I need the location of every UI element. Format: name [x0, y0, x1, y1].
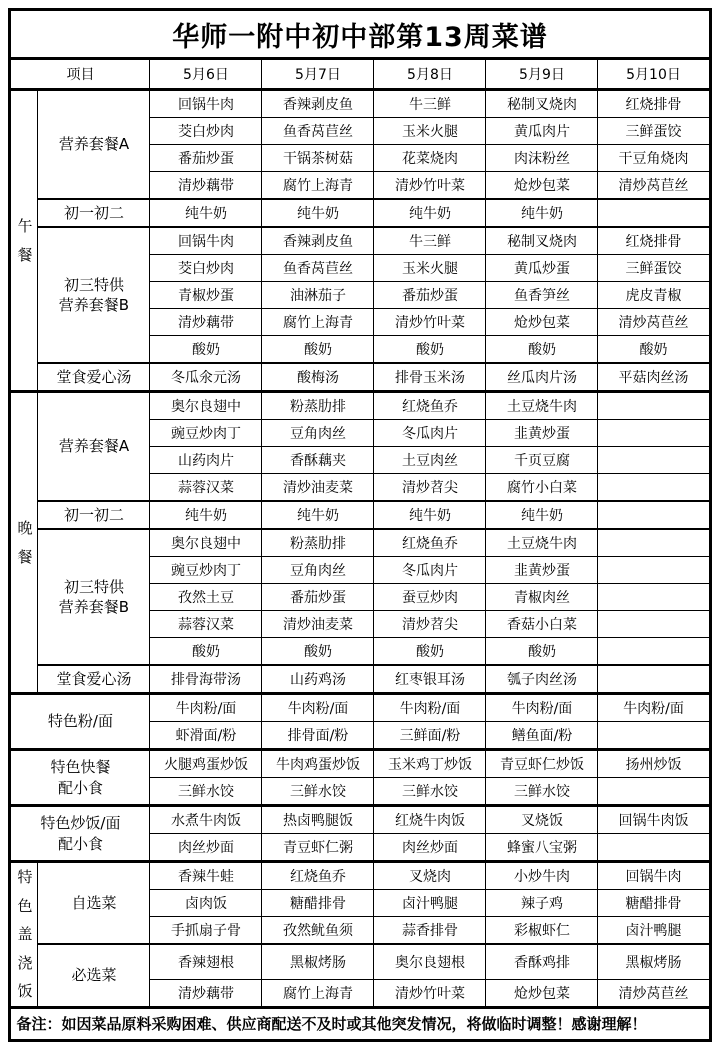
menu-item-cell	[598, 778, 710, 806]
menu-item-cell: 清炒竹叶菜	[374, 979, 486, 1007]
menu-item-cell: 韭黄炒蛋	[486, 557, 598, 584]
menu-item-cell: 冬瓜肉片	[374, 420, 486, 447]
menu-item-cell: 回锅牛肉	[598, 862, 710, 890]
column-header-item: 项目	[10, 59, 150, 90]
menu-item-cell: 三鲜蛋饺	[598, 255, 710, 282]
menu-item-cell: 清炒莴苣丝	[598, 172, 710, 200]
menu-item-cell: 腐竹小白菜	[486, 474, 598, 502]
menu-item-cell: 蜂蜜八宝粥	[486, 834, 598, 862]
section-side-label: 晚餐	[10, 392, 38, 694]
section-side-label: 午餐	[10, 90, 38, 392]
menu-item-cell: 排骨面/粉	[262, 722, 374, 750]
menu-item-cell: 韭黄炒蛋	[486, 420, 598, 447]
menu-item-cell: 小炒牛肉	[486, 862, 598, 890]
menu-item-cell: 纯牛奶	[486, 501, 598, 529]
menu-item-cell: 酸奶	[598, 336, 710, 364]
menu-item-cell: 清炒藕带	[150, 172, 262, 200]
menu-item-cell: 三鲜水饺	[486, 778, 598, 806]
menu-item-cell: 粉蒸肋排	[262, 392, 374, 420]
menu-item-cell	[598, 834, 710, 862]
date-header: 5月6日	[150, 59, 262, 90]
menu-item-cell: 香菇小白菜	[486, 611, 598, 638]
group-label: 堂食爱心汤	[38, 665, 150, 694]
menu-item-cell: 牛三鲜	[374, 227, 486, 255]
menu-item-cell: 叉烧肉	[374, 862, 486, 890]
menu-item-cell: 蒜蓉汉菜	[150, 474, 262, 502]
menu-item-cell: 黑椒烤肠	[262, 944, 374, 979]
menu-item-cell: 三鲜水饺	[374, 778, 486, 806]
menu-item-cell: 干锅茶树菇	[262, 145, 374, 172]
menu-item-cell: 红枣银耳汤	[374, 665, 486, 694]
menu-item-cell	[598, 722, 710, 750]
menu-item-cell: 红烧排骨	[598, 90, 710, 118]
menu-item-cell	[598, 447, 710, 474]
menu-item-cell: 蚕豆炒肉	[374, 584, 486, 611]
menu-item-cell: 平菇肉丝汤	[598, 363, 710, 392]
menu-item-cell: 奥尔良翅中	[150, 392, 262, 420]
menu-item-cell: 肉丝炒面	[374, 834, 486, 862]
menu-item-cell: 肉沫粉丝	[486, 145, 598, 172]
menu-item-cell: 手抓扇子骨	[150, 917, 262, 945]
menu-item-cell	[598, 557, 710, 584]
menu-item-cell: 冬瓜氽元汤	[150, 363, 262, 392]
menu-item-cell: 清炒莴苣丝	[598, 309, 710, 336]
menu-item-cell: 红烧鱼乔	[374, 529, 486, 557]
menu-item-cell: 青豆虾仁炒饭	[486, 750, 598, 778]
menu-item-cell: 牛肉粉/面	[486, 694, 598, 722]
menu-item-cell: 香辣剥皮鱼	[262, 227, 374, 255]
menu-item-cell: 黄瓜炒蛋	[486, 255, 598, 282]
menu-item-cell: 清炒油麦菜	[262, 474, 374, 502]
menu-item-cell: 香辣牛蛙	[150, 862, 262, 890]
menu-item-cell: 干豆角烧肉	[598, 145, 710, 172]
menu-item-cell: 火腿鸡蛋炒饭	[150, 750, 262, 778]
menu-item-cell: 丝瓜肉片汤	[486, 363, 598, 392]
menu-item-cell: 纯牛奶	[150, 199, 262, 227]
menu-item-cell: 孜然土豆	[150, 584, 262, 611]
menu-item-cell: 茭白炒肉	[150, 255, 262, 282]
menu-item-cell: 虾滑面/粉	[150, 722, 262, 750]
menu-item-cell: 油淋茄子	[262, 282, 374, 309]
menu-table: 华师一附中初中部第13周菜谱项目5月6日5月7日5月8日5月9日5月10日午餐营…	[8, 8, 711, 1042]
menu-item-cell: 豌豆炒肉丁	[150, 420, 262, 447]
menu-item-cell: 腐竹上海青	[262, 979, 374, 1007]
group-label: 营养套餐A	[38, 392, 150, 502]
menu-item-cell: 酸奶	[262, 638, 374, 666]
menu-item-cell: 秘制叉烧肉	[486, 90, 598, 118]
menu-item-cell: 红烧鱼乔	[262, 862, 374, 890]
menu-item-cell: 玉米火腿	[374, 118, 486, 145]
menu-item-cell: 回锅牛肉	[150, 227, 262, 255]
menu-item-cell: 酸奶	[150, 638, 262, 666]
menu-item-cell: 卤汁鸭腿	[598, 917, 710, 945]
menu-item-cell: 酸奶	[262, 336, 374, 364]
menu-item-cell: 卤肉饭	[150, 890, 262, 917]
menu-item-cell: 酸奶	[486, 638, 598, 666]
menu-item-cell: 纯牛奶	[486, 199, 598, 227]
group-label: 初三特供 营养套餐B	[38, 529, 150, 665]
menu-item-cell: 青椒炒蛋	[150, 282, 262, 309]
menu-item-cell: 清炒苕尖	[374, 474, 486, 502]
date-header: 5月7日	[262, 59, 374, 90]
section-label: 特色炒饭/面 配小食	[10, 806, 150, 862]
menu-item-cell: 红烧排骨	[598, 227, 710, 255]
menu-item-cell: 牛三鲜	[374, 90, 486, 118]
menu-item-cell: 回锅牛肉	[150, 90, 262, 118]
menu-item-cell: 纯牛奶	[374, 501, 486, 529]
menu-item-cell: 糖醋排骨	[262, 890, 374, 917]
menu-item-cell: 清炒油麦菜	[262, 611, 374, 638]
menu-item-cell: 土豆烧牛肉	[486, 392, 598, 420]
menu-item-cell: 牛肉粉/面	[262, 694, 374, 722]
menu-item-cell: 山药肉片	[150, 447, 262, 474]
menu-item-cell: 酸奶	[374, 638, 486, 666]
section-label: 特色粉/面	[10, 694, 150, 750]
menu-item-cell: 彩椒虾仁	[486, 917, 598, 945]
menu-item-cell: 青豆虾仁粥	[262, 834, 374, 862]
menu-item-cell: 酸奶	[374, 336, 486, 364]
date-header: 5月8日	[374, 59, 486, 90]
group-label: 初三特供 营养套餐B	[38, 227, 150, 363]
menu-item-cell	[598, 638, 710, 666]
menu-item-cell: 孜然鱿鱼须	[262, 917, 374, 945]
menu-item-cell	[598, 199, 710, 227]
menu-item-cell: 清炒藕带	[150, 309, 262, 336]
menu-item-cell	[598, 474, 710, 502]
menu-item-cell: 牛肉粉/面	[598, 694, 710, 722]
group-label: 营养套餐A	[38, 90, 150, 200]
menu-item-cell: 粉蒸肋排	[262, 529, 374, 557]
menu-item-cell: 香辣翅根	[150, 944, 262, 979]
menu-item-cell: 三鲜水饺	[262, 778, 374, 806]
menu-item-cell: 豆角肉丝	[262, 557, 374, 584]
menu-item-cell: 山药鸡汤	[262, 665, 374, 694]
menu-item-cell: 黄瓜肉片	[486, 118, 598, 145]
menu-item-cell	[598, 611, 710, 638]
menu-item-cell	[598, 665, 710, 694]
menu-item-cell: 鱼香莴苣丝	[262, 255, 374, 282]
section-label: 特色快餐 配小食	[10, 750, 150, 806]
menu-item-cell: 鱼香笋丝	[486, 282, 598, 309]
menu-item-cell: 红烧鱼乔	[374, 392, 486, 420]
menu-item-cell: 豆角肉丝	[262, 420, 374, 447]
menu-item-cell: 奥尔良翅根	[374, 944, 486, 979]
menu-item-cell: 腐竹上海青	[262, 309, 374, 336]
section-side-label: 特色盖浇饭	[10, 862, 38, 1008]
group-label: 初一初二	[38, 199, 150, 227]
menu-item-cell: 卤汁鸭腿	[374, 890, 486, 917]
menu-item-cell: 三鲜面/粉	[374, 722, 486, 750]
menu-item-cell: 番茄炒蛋	[150, 145, 262, 172]
menu-item-cell: 蒜香排骨	[374, 917, 486, 945]
menu-item-cell: 酸奶	[486, 336, 598, 364]
menu-item-cell: 土豆肉丝	[374, 447, 486, 474]
menu-item-cell: 炝炒包菜	[486, 172, 598, 200]
menu-item-cell: 排骨玉米汤	[374, 363, 486, 392]
menu-item-cell: 叉烧饭	[486, 806, 598, 834]
menu-item-cell: 炝炒包菜	[486, 979, 598, 1007]
menu-item-cell: 三鲜水饺	[150, 778, 262, 806]
page-title: 华师一附中初中部第13周菜谱	[10, 10, 710, 59]
menu-item-cell: 扬州炒饭	[598, 750, 710, 778]
menu-item-cell: 纯牛奶	[374, 199, 486, 227]
menu-item-cell: 香酥藕夹	[262, 447, 374, 474]
menu-item-cell	[598, 420, 710, 447]
menu-item-cell: 肉丝炒面	[150, 834, 262, 862]
menu-item-cell: 番茄炒蛋	[262, 584, 374, 611]
menu-item-cell: 奥尔良翅中	[150, 529, 262, 557]
menu-item-cell: 鳝鱼面/粉	[486, 722, 598, 750]
menu-item-cell: 水煮牛肉饭	[150, 806, 262, 834]
menu-item-cell: 鱼香莴苣丝	[262, 118, 374, 145]
group-label: 堂食爱心汤	[38, 363, 150, 392]
menu-item-cell: 黑椒烤肠	[598, 944, 710, 979]
menu-item-cell: 糖醋排骨	[598, 890, 710, 917]
menu-item-cell: 清炒竹叶菜	[374, 309, 486, 336]
menu-item-cell: 茭白炒肉	[150, 118, 262, 145]
menu-item-cell	[598, 529, 710, 557]
menu-item-cell: 玉米鸡丁炒饭	[374, 750, 486, 778]
menu-item-cell: 三鲜蛋饺	[598, 118, 710, 145]
menu-item-cell: 红烧牛肉饭	[374, 806, 486, 834]
menu-item-cell: 香辣剥皮鱼	[262, 90, 374, 118]
menu-item-cell: 清炒藕带	[150, 979, 262, 1007]
menu-item-cell: 香酥鸡排	[486, 944, 598, 979]
menu-item-cell: 炝炒包菜	[486, 309, 598, 336]
date-header: 5月9日	[486, 59, 598, 90]
menu-item-cell: 牛肉鸡蛋炒饭	[262, 750, 374, 778]
menu-item-cell: 清炒莴苣丝	[598, 979, 710, 1007]
menu-item-cell: 回锅牛肉饭	[598, 806, 710, 834]
group-label: 初一初二	[38, 501, 150, 529]
menu-item-cell: 番茄炒蛋	[374, 282, 486, 309]
menu-item-cell: 辣子鸡	[486, 890, 598, 917]
menu-item-cell: 秘制叉烧肉	[486, 227, 598, 255]
menu-item-cell: 瓠子肉丝汤	[486, 665, 598, 694]
menu-item-cell: 酸梅汤	[262, 363, 374, 392]
menu-item-cell: 豌豆炒肉丁	[150, 557, 262, 584]
menu-item-cell: 玉米火腿	[374, 255, 486, 282]
menu-item-cell: 青椒肉丝	[486, 584, 598, 611]
menu-item-cell: 花菜烧肉	[374, 145, 486, 172]
group-label: 必选菜	[38, 944, 150, 1007]
menu-item-cell: 热卤鸭腿饭	[262, 806, 374, 834]
menu-item-cell: 纯牛奶	[262, 501, 374, 529]
menu-item-cell: 冬瓜肉片	[374, 557, 486, 584]
menu-item-cell: 牛肉粉/面	[374, 694, 486, 722]
menu-item-cell: 纯牛奶	[150, 501, 262, 529]
menu-item-cell: 清炒苕尖	[374, 611, 486, 638]
menu-item-cell	[598, 501, 710, 529]
menu-item-cell: 排骨海带汤	[150, 665, 262, 694]
menu-item-cell: 土豆烧牛肉	[486, 529, 598, 557]
menu-item-cell: 千页豆腐	[486, 447, 598, 474]
menu-item-cell: 清炒竹叶菜	[374, 172, 486, 200]
menu-item-cell: 酸奶	[150, 336, 262, 364]
group-label: 自选菜	[38, 862, 150, 945]
menu-item-cell: 纯牛奶	[262, 199, 374, 227]
menu-item-cell: 牛肉粉/面	[150, 694, 262, 722]
menu-item-cell	[598, 584, 710, 611]
menu-item-cell: 虎皮青椒	[598, 282, 710, 309]
footer-note: 备注：如因菜品原料采购困难、供应商配送不及时或其他突发情况，将做临时调整！感谢理…	[10, 1007, 710, 1040]
menu-item-cell: 腐竹上海青	[262, 172, 374, 200]
menu-item-cell	[598, 392, 710, 420]
date-header: 5月10日	[598, 59, 710, 90]
menu-item-cell: 蒜蓉汉菜	[150, 611, 262, 638]
